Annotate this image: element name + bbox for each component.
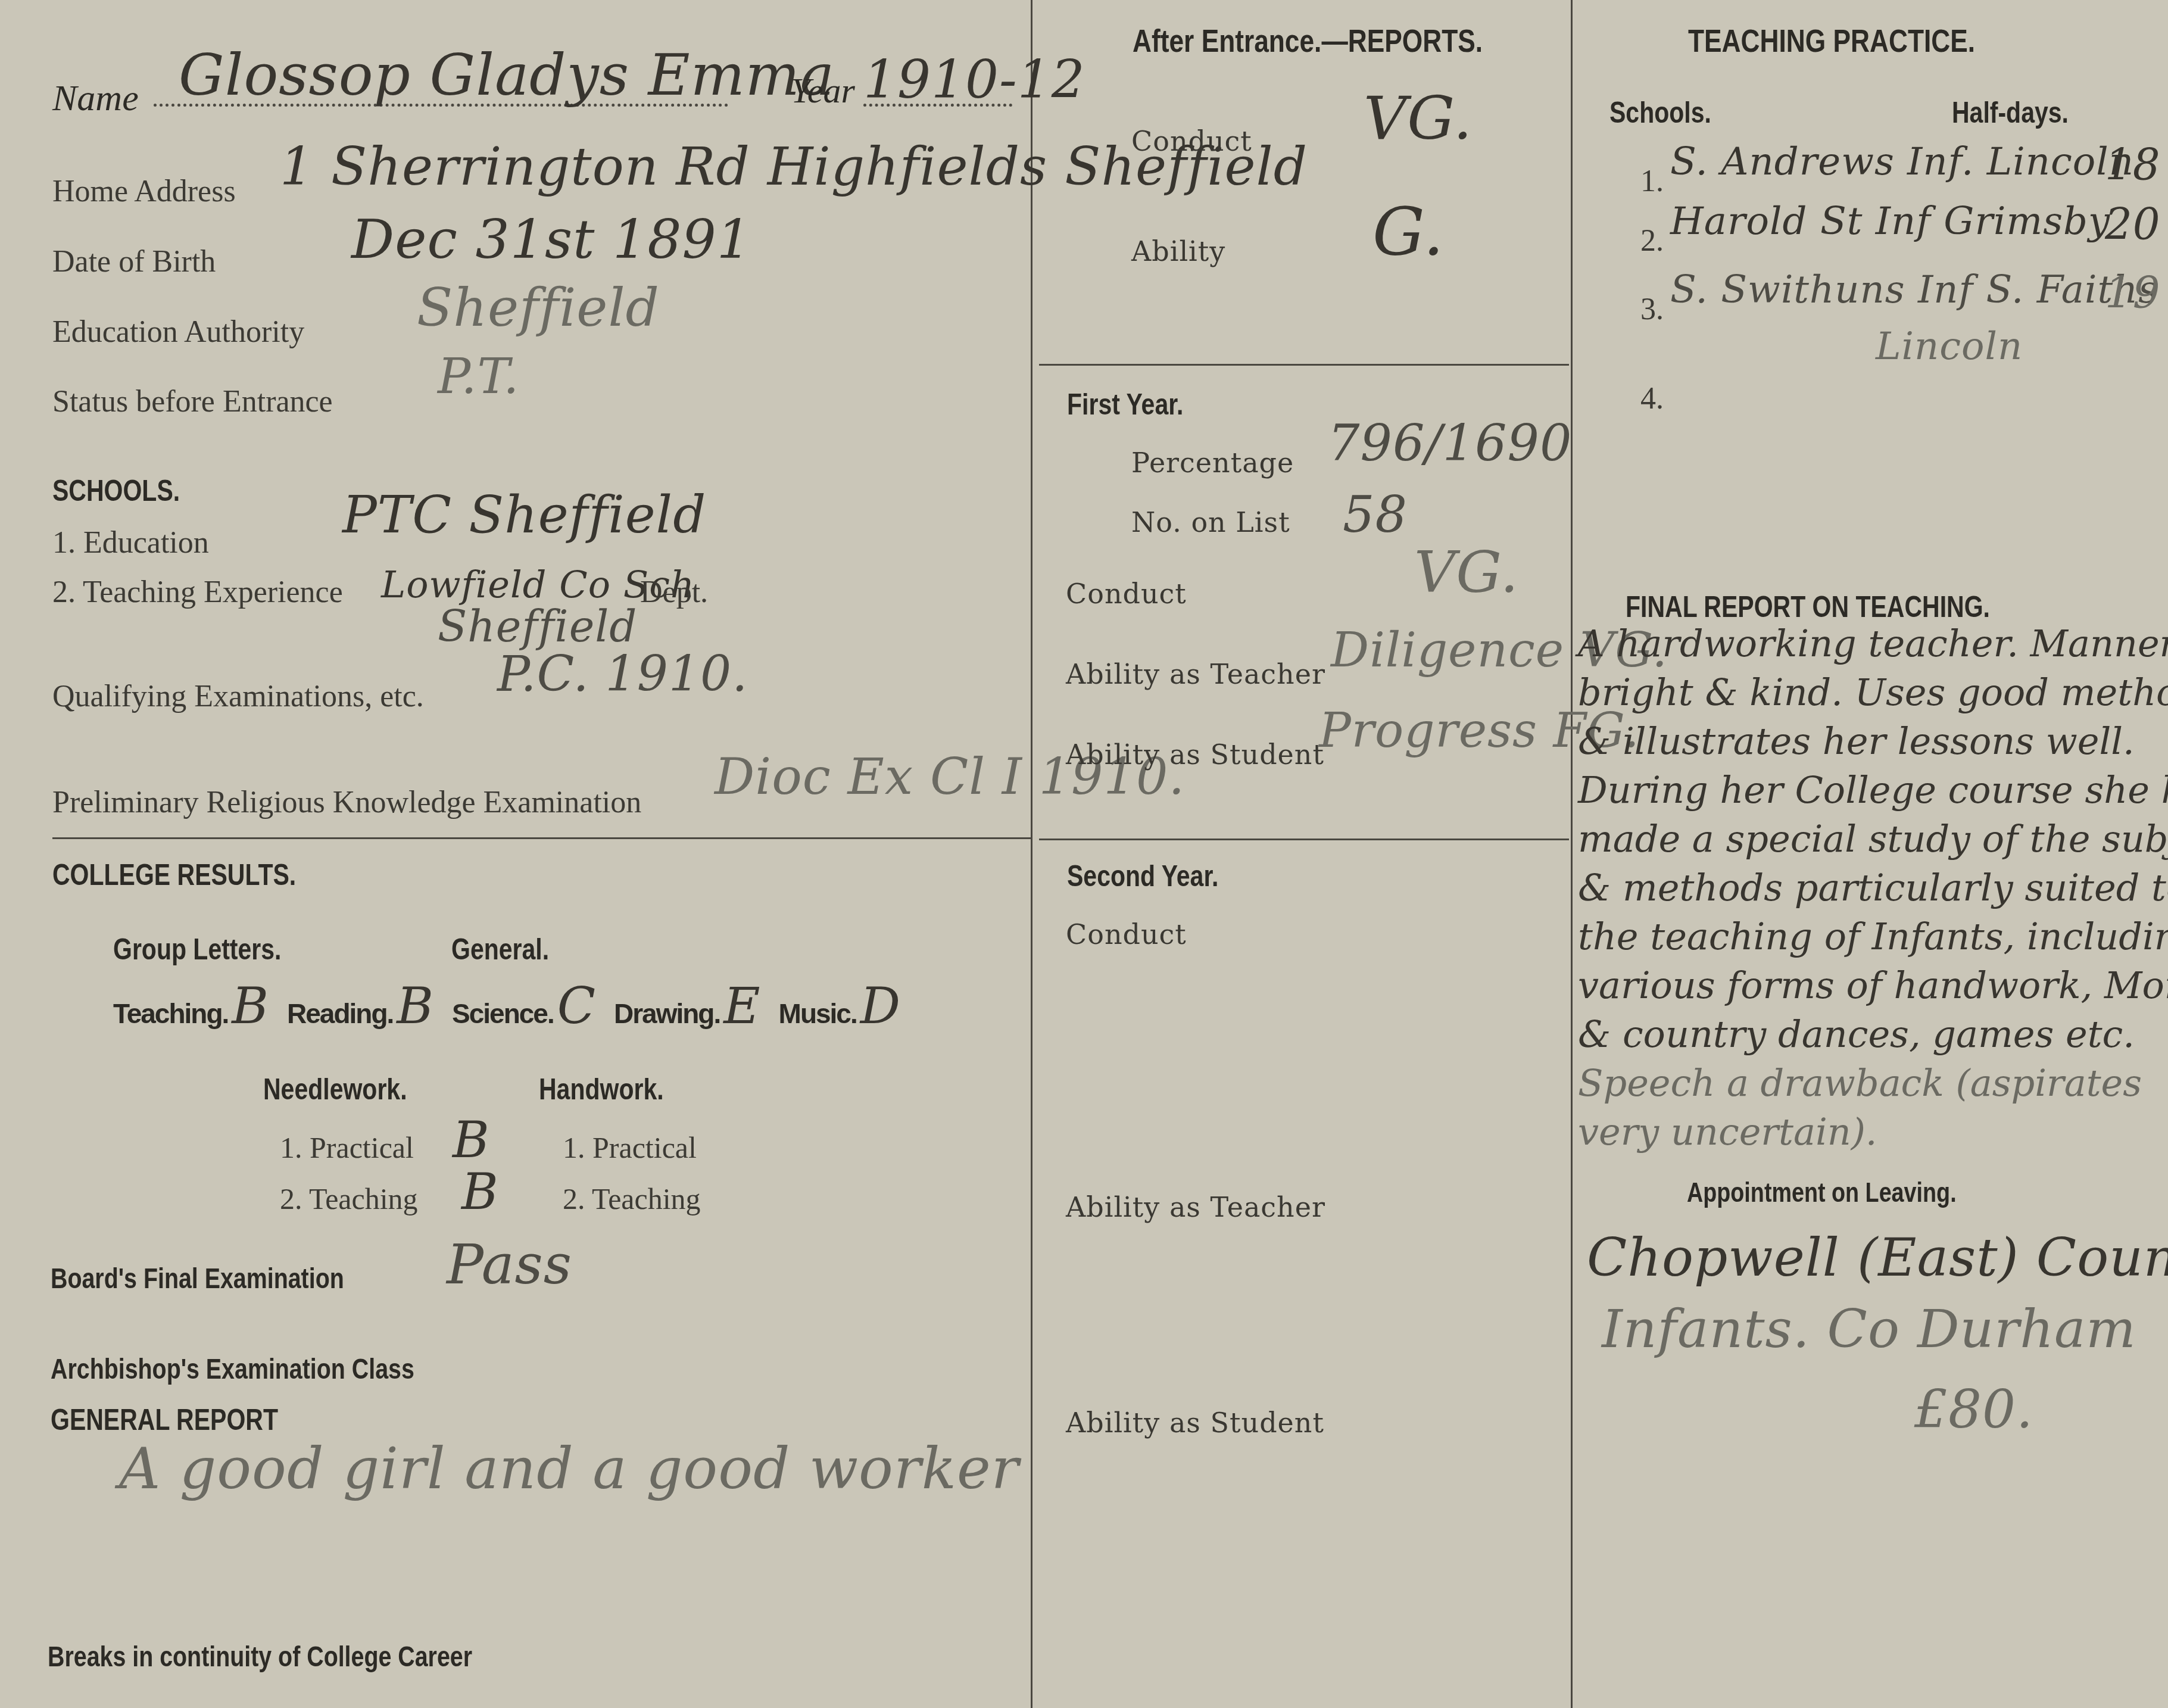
subject-grade: E bbox=[723, 977, 760, 1035]
status-before-entrance-value: P.T. bbox=[438, 348, 519, 405]
teaching-practice-number: 1. bbox=[1640, 164, 1664, 199]
qualifying-exams-value: P.C. 1910. bbox=[497, 646, 748, 703]
final-report-line: & country dances, games etc. bbox=[1578, 1010, 2168, 1059]
college-results-heading: COLLEGE RESULTS. bbox=[52, 858, 296, 892]
schools-column-label: Schools. bbox=[1609, 95, 1711, 130]
needlework-teaching-grade: B bbox=[461, 1162, 499, 1221]
general-report-text: A good girl and a good worker bbox=[119, 1435, 1019, 1502]
general-report-heading: GENERAL REPORT bbox=[51, 1402, 278, 1437]
education-authority-value: Sheffield bbox=[417, 277, 660, 338]
dept-label: Dept. bbox=[640, 575, 708, 610]
subject-grades-row: Teaching.BReading.BScience.CDrawing.EMus… bbox=[113, 977, 919, 1035]
subject-label: Music. bbox=[779, 998, 857, 1030]
teaching-practice-heading: TEACHING PRACTICE. bbox=[1688, 23, 1975, 60]
reports-ability-value: G. bbox=[1372, 194, 1445, 270]
final-report-line: During her College course she has bbox=[1578, 766, 2168, 815]
appointment-heading: Appointment on Leaving. bbox=[1687, 1176, 1957, 1208]
record-card: Name Glossop Gladys Emma Year 1910-12 Ho… bbox=[0, 0, 2168, 1708]
education-label: 1. Education bbox=[52, 525, 209, 560]
subject-grade: B bbox=[232, 977, 269, 1035]
dob-label: Date of Birth bbox=[52, 244, 216, 279]
teaching-experience-label: 2. Teaching Experience bbox=[52, 575, 343, 610]
subject-label: Reading. bbox=[287, 998, 393, 1030]
needlework-label: Needlework. bbox=[263, 1072, 407, 1107]
qualifying-exams-label: Qualifying Examinations, etc. bbox=[52, 679, 424, 714]
teaching-practice-school-line2: Lincoln bbox=[1876, 325, 2023, 369]
teaching-practice-half-days: 20 bbox=[2105, 200, 2161, 250]
religious-knowledge-label: Preliminary Religious Knowledge Examinat… bbox=[52, 785, 641, 820]
final-report-line: made a special study of the subjects bbox=[1578, 815, 2168, 864]
name-value: Glossop Gladys Emma bbox=[179, 42, 835, 108]
subject-grade-item: Teaching.B bbox=[113, 977, 269, 1035]
teaching-practice-number: 2. bbox=[1640, 223, 1664, 258]
breaks-in-continuity-label: Breaks in continuity of College Career bbox=[48, 1641, 472, 1673]
subject-label: Science. bbox=[452, 998, 554, 1030]
name-label: Name bbox=[52, 77, 139, 120]
group-letters-label: Group Letters. bbox=[113, 932, 281, 967]
needlework-practical-label: 1. Practical bbox=[280, 1130, 414, 1165]
education-authority-label: Education Authority bbox=[52, 314, 304, 350]
divider-reports-firstyear bbox=[1039, 364, 1569, 366]
half-days-column-label: Half-days. bbox=[1952, 95, 2069, 130]
final-report-line: various forms of handwork, Morris bbox=[1578, 961, 2168, 1010]
final-report-line: A hardworking teacher. Manner bbox=[1578, 619, 2168, 668]
appointment-salary: £80. bbox=[1914, 1379, 2033, 1440]
first-year-no-on-list-value: 58 bbox=[1343, 485, 1408, 544]
schools-heading: SCHOOLS. bbox=[52, 473, 180, 508]
education-value: PTC Sheffield bbox=[342, 485, 706, 545]
first-year-conduct-value: VG. bbox=[1414, 539, 1519, 606]
final-report-line: bright & kind. Uses good methods bbox=[1578, 668, 2168, 717]
subject-grade-item: Reading.B bbox=[287, 977, 434, 1035]
first-year-ability-student-label: Ability as Student bbox=[1066, 738, 1324, 771]
second-year-conduct-label: Conduct bbox=[1066, 918, 1187, 950]
final-report-line: & methods particularly suited to bbox=[1578, 864, 2168, 912]
first-year-no-on-list-label: No. on List bbox=[1131, 506, 1290, 538]
final-report-line: the teaching of Infants, including bbox=[1578, 912, 2168, 961]
teaching-practice-number: 3. bbox=[1640, 292, 1664, 327]
appointment-line-1: Chopwell (East) Council bbox=[1587, 1227, 2168, 1288]
teaching-experience-value-line2: Sheffield bbox=[438, 601, 637, 652]
teaching-practice-school: S. Swithuns Inf S. Faiths Inf bbox=[1670, 268, 2168, 312]
teaching-practice-half-days: 18 bbox=[2105, 140, 2161, 190]
final-report-line: very uncertain). bbox=[1578, 1108, 2168, 1157]
reports-conduct-value: VG. bbox=[1364, 83, 1473, 153]
first-year-percentage-label: Percentage bbox=[1131, 447, 1294, 479]
reports-ability-label: Ability bbox=[1131, 235, 1225, 267]
boards-final-exam-label: Board's Final Examination bbox=[51, 1263, 344, 1295]
final-report-line: Speech a drawback (aspirates bbox=[1578, 1059, 2168, 1108]
year-label: Year bbox=[791, 70, 855, 111]
first-year-conduct-label: Conduct bbox=[1066, 578, 1187, 610]
first-year-percentage-value: 796/1690 bbox=[1328, 414, 1572, 472]
reports-conduct-label: Conduct bbox=[1131, 125, 1252, 157]
subject-grade: C bbox=[557, 977, 596, 1035]
archbishops-exam-label: Archbishop's Examination Class bbox=[51, 1353, 414, 1386]
reports-heading: After Entrance.—REPORTS. bbox=[1133, 23, 1483, 60]
handwork-teaching-label: 2. Teaching bbox=[563, 1182, 701, 1216]
subject-grade-item: Music.D bbox=[779, 977, 901, 1035]
status-before-entrance-label: Status before Entrance bbox=[52, 384, 333, 419]
teaching-practice-number: 4. bbox=[1640, 381, 1664, 416]
subject-label: Teaching. bbox=[113, 998, 228, 1030]
subject-grade-item: Science.C bbox=[452, 977, 596, 1035]
handwork-practical-label: 1. Practical bbox=[563, 1130, 697, 1165]
second-year-ability-student-label: Ability as Student bbox=[1066, 1407, 1324, 1439]
boards-final-exam-value: Pass bbox=[447, 1233, 572, 1296]
first-year-heading: First Year. bbox=[1067, 387, 1183, 422]
first-year-ability-teacher-label: Ability as Teacher bbox=[1066, 658, 1325, 690]
home-address-label: Home Address bbox=[52, 174, 236, 209]
subject-grade-item: Drawing.E bbox=[614, 977, 761, 1035]
needlework-teaching-label: 2. Teaching bbox=[280, 1182, 418, 1216]
subject-grade: B bbox=[397, 977, 434, 1035]
column-divider-left bbox=[1031, 0, 1032, 1708]
teaching-practice-school: S. Andrews Inf. Lincoln bbox=[1670, 140, 2134, 184]
teaching-practice-half-days: 19 bbox=[2105, 268, 2161, 318]
final-report-line: & illustrates her lessons well. bbox=[1578, 717, 2168, 766]
general-label: General. bbox=[451, 932, 549, 967]
teaching-practice-school: Harold St Inf Grimsby bbox=[1670, 200, 2110, 244]
year-value: 1910-12 bbox=[863, 49, 1085, 110]
second-year-heading: Second Year. bbox=[1067, 859, 1219, 893]
subject-grade: D bbox=[860, 977, 901, 1035]
appointment-line-2: Infants. Co Durham bbox=[1602, 1298, 2136, 1360]
divider-left-middle bbox=[52, 837, 1031, 839]
divider-firstyear-secondyear bbox=[1039, 839, 1569, 840]
handwork-label: Handwork. bbox=[539, 1072, 664, 1107]
dob-value: Dec 31st 1891 bbox=[351, 208, 751, 271]
final-report-text: A hardworking teacher. Mannerbright & ki… bbox=[1578, 619, 2168, 1157]
column-divider-right bbox=[1571, 0, 1573, 1708]
subject-label: Drawing. bbox=[614, 998, 720, 1030]
second-year-ability-teacher-label: Ability as Teacher bbox=[1066, 1191, 1325, 1223]
needlework-practical-grade: B bbox=[453, 1111, 490, 1169]
